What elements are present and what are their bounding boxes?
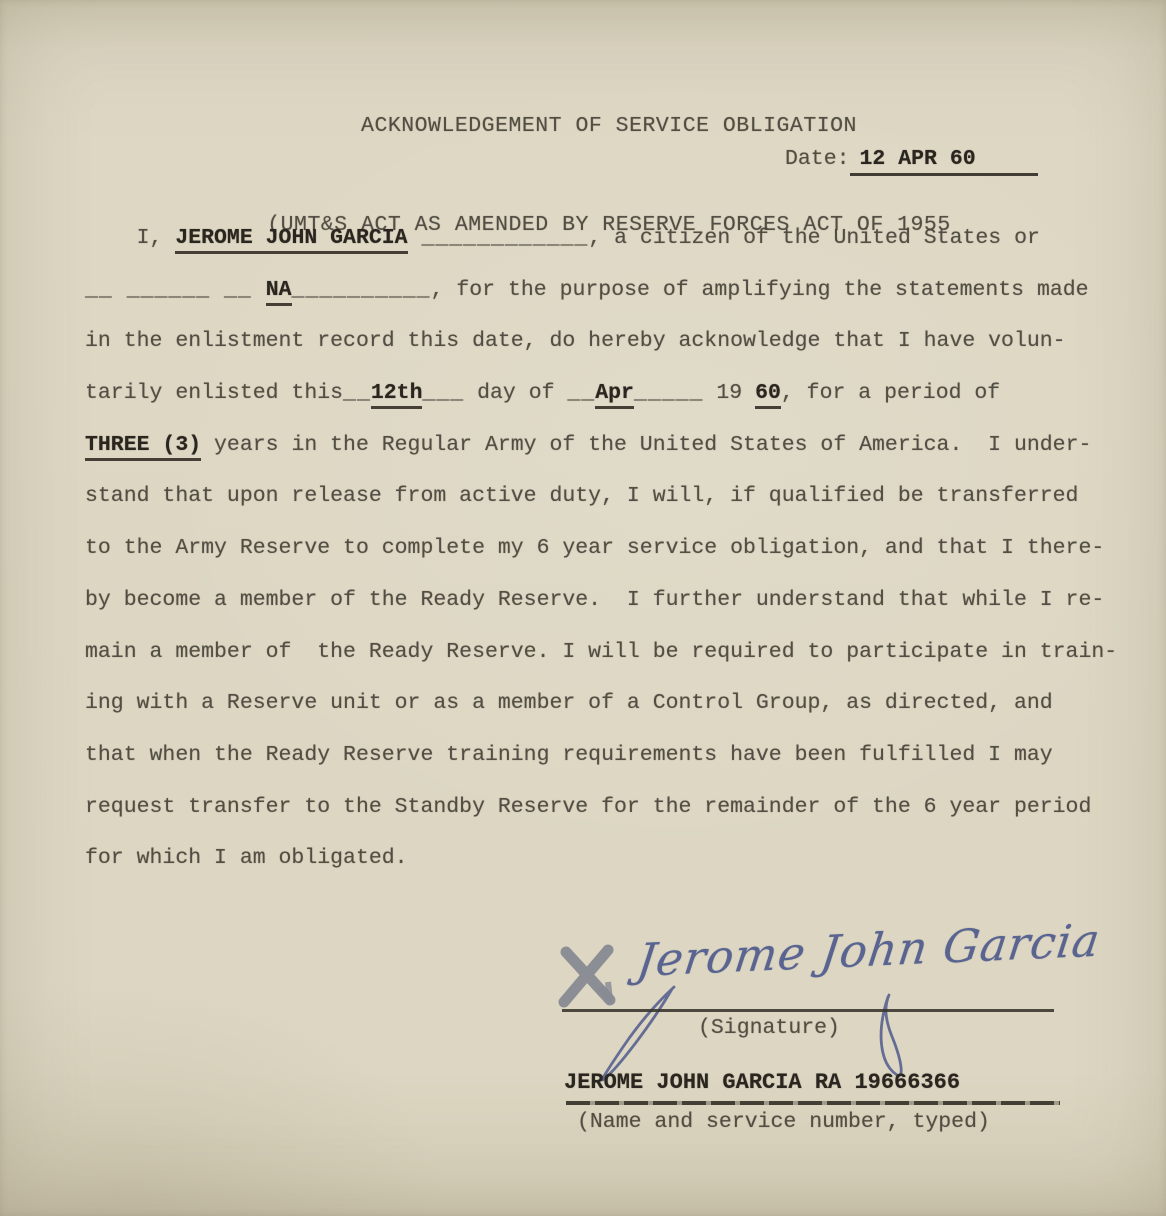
typed-name-line xyxy=(566,1101,1060,1105)
body-line: tarily enlisted this__12th___ day of __A… xyxy=(85,381,1115,433)
typed-name-caption: (Name and service number, typed) xyxy=(577,1110,990,1134)
body-line: that when the Ready Reserve training req… xyxy=(85,743,1115,795)
body-line: THREE (3) years in the Regular Army of t… xyxy=(85,433,1115,485)
body-text: I, JEROME JOHN GARCIA ____________, a ci… xyxy=(85,226,1115,898)
body-line: in the enlistment record this date, do h… xyxy=(85,329,1115,381)
typed-name-and-service-number: JEROME JOHN GARCIA RA 19666366 xyxy=(564,1070,960,1095)
date-label: Date: xyxy=(785,147,850,171)
body-line: for which I am obligated. xyxy=(85,846,1115,898)
body-line: ing with a Reserve unit or as a member o… xyxy=(85,691,1115,743)
body-line: to the Army Reserve to complete my 6 yea… xyxy=(85,536,1115,588)
body-line: main a member of the Ready Reserve. I wi… xyxy=(85,640,1115,692)
signature-line xyxy=(562,1009,1054,1012)
body-line: stand that upon release from active duty… xyxy=(85,484,1115,536)
signature-caption: (Signature) xyxy=(698,1016,840,1040)
date-row: Date:12 APR 60 xyxy=(785,147,1038,176)
body-line: __ ______ __ NA__________, for the purpo… xyxy=(85,278,1115,330)
body-line: I, JEROME JOHN GARCIA ____________, a ci… xyxy=(85,226,1115,278)
document-title: ACKNOWLEDGEMENT OF SERVICE OBLIGATION xyxy=(26,110,1166,143)
body-line: by become a member of the Ready Reserve.… xyxy=(85,588,1115,640)
date-value: 12 APR 60 xyxy=(860,147,976,171)
body-line: request transfer to the Standby Reserve … xyxy=(85,795,1115,847)
document-page: ACKNOWLEDGEMENT OF SERVICE OBLIGATION (U… xyxy=(0,0,1166,1216)
